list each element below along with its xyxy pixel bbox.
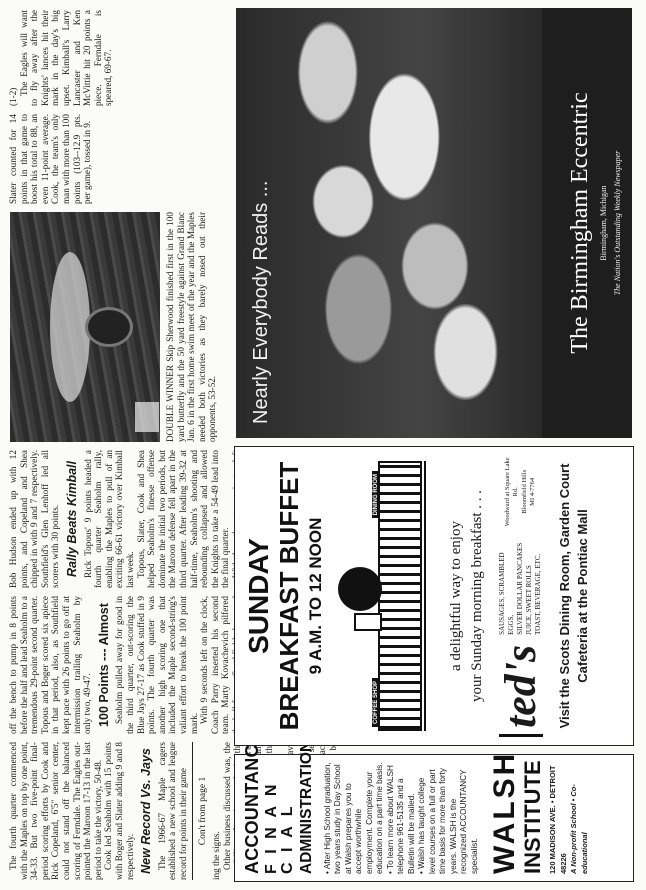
article-paragraph: The 1966-67 Maple cagers established a n… — [157, 742, 189, 880]
tree-icon — [338, 567, 382, 611]
article-paragraph: off the bench to pump in 8 points before… — [8, 596, 93, 734]
eccentric-city: Birmingham, Michigan — [599, 8, 608, 438]
teds-location: Woodward at Square Lake Rd. Bloomfield H… — [504, 455, 538, 529]
walsh-institute-ad: ACCOUNTANCY F I N A N C I A L ADMINISTRA… — [234, 754, 634, 882]
article-column-4: Slater counted for 14 points in that gam… — [8, 114, 93, 204]
article-paragraph: Seaholm pulled away for good in the thir… — [114, 596, 199, 734]
menu-line: SAUSAGES, SCRAMBLED EGGS, — [498, 539, 516, 635]
menu-line: TOAST, BEVERAGE, ETC. — [534, 539, 543, 635]
swimmer-arms — [50, 252, 90, 402]
divider — [192, 742, 193, 880]
article-paragraph: Topous, Slater, Cook and Shea helped Sea… — [136, 450, 231, 588]
signpost-icon — [354, 613, 382, 631]
photo-caption: DOUBLE WINNER Skip Sherwood finished fir… — [165, 212, 218, 442]
article-paragraph: Slater counted for 14 points in that gam… — [8, 114, 93, 204]
menu-items: SAUSAGES, SCRAMBLED EGGS, SILVER DOLLAR … — [498, 539, 543, 635]
ad-tagline-2: your Sunday morning breakfast . . . — [469, 455, 486, 737]
eccentric-slogan: The Nation's Outstanding Weekly Newspape… — [613, 8, 622, 438]
ad-tagline: A Non-profit School • Co-educational — [569, 762, 590, 874]
ad-name-institute: INSTITUTE — [522, 762, 544, 874]
teds-logo: ted's — [499, 645, 543, 737]
article-paragraph: ing the signs. — [211, 742, 222, 880]
coffee-shop-sign: COFFEE SHOP — [372, 678, 380, 727]
building-facade — [378, 461, 422, 731]
ad-headline-administration: ADMINISTRATION — [299, 762, 315, 874]
basketball-players-reading-photo — [236, 8, 542, 438]
section-heading-100-points: 100 Points --- Almost — [99, 596, 110, 734]
ad-headline-financial: F I N A N C I A L — [264, 762, 296, 874]
continued-label: Con't from page 1 — [198, 742, 209, 880]
article-paragraph: The fourth quarter commenced with the Ma… — [8, 742, 103, 880]
ad-headline-sunday: SUNDAY — [245, 455, 273, 737]
dining-room-sign: DINING ROOM — [372, 471, 380, 518]
ad-bullet: • Walsh has taught college level courses… — [417, 762, 480, 874]
phone-line: MI 4-7764 — [529, 455, 538, 529]
eccentric-masthead: The Birmingham Eccentric — [567, 8, 594, 438]
restaurant-illustration: COFFEE SHOP DINING ROOM — [334, 461, 434, 731]
birmingham-eccentric-ad: Nearly Everybody Reads ... The Birmingha… — [236, 8, 632, 438]
ad-headline-accountancy: ACCOUNTANCY — [243, 762, 261, 874]
teds-info-row: ted's SAUSAGES, SCRAMBLED EGGS, SILVER D… — [498, 455, 543, 737]
ad-bullet: • To learn more about WALSH telephone 96… — [386, 762, 418, 874]
ad-address: 120 MADISON AVE. • DETROIT 48226 — [548, 762, 569, 874]
ad-bullet: • After High School graduation, two year… — [323, 762, 386, 874]
ad-tagline-1: a delightful way to enjoy — [448, 455, 465, 737]
article-column-2: off the bench to pump in 8 points before… — [8, 596, 252, 734]
menu-line: SILVER DOLLAR PANCAKES — [516, 539, 525, 635]
article-paragraph: The Eagles will want to fly away after t… — [19, 10, 114, 106]
section-heading-new-record: New Record Vs. Jays — [141, 742, 152, 880]
article-column-3: Bob Hudson ended up with 12 points, and … — [8, 450, 252, 588]
swimmer-photo — [10, 212, 160, 442]
article-paragraph: Bob Hudson ended up with 12 points, and … — [8, 450, 61, 588]
ground-line — [424, 461, 434, 731]
teds-buffet-ad: SUNDAY BREAKFAST BUFFET 9 A.M. TO 12 NOO… — [234, 446, 634, 746]
newspaper-page: The fourth quarter commenced with the Ma… — [0, 0, 646, 890]
ad-headline-nearly-everybody: Nearly Everybody Reads ... — [250, 181, 273, 424]
article-column-5: (1-2) The Eagles will want to fly away a… — [8, 10, 114, 106]
ad-name-walsh: WALSH — [490, 762, 520, 874]
section-heading-rally: Rally Beats Kimball — [67, 450, 78, 588]
article-paragraph: (1-2) — [8, 10, 19, 106]
ad-visit-line-2: Cafeteria at the Pontiac Mall — [575, 455, 590, 737]
city-line: Bloomfield Hills — [521, 455, 530, 529]
swimmer-head — [85, 307, 133, 347]
ad-visit-line-1: Visit the Scots Dining Room, Garden Cour… — [557, 455, 572, 737]
lane-marker — [135, 402, 159, 432]
article-paragraph: Cook led Seaholm with 15 points with Bog… — [103, 742, 135, 880]
ad-hours: 9 A.M. TO 12 NOON — [307, 455, 324, 737]
address-line: Woodward at Square Lake Rd. — [504, 455, 521, 529]
article-paragraph: Rick Topous' 9 points headed a fourth qu… — [83, 450, 136, 588]
ad-headline-buffet: BREAKFAST BUFFET — [276, 455, 302, 737]
menu-line: JUICE, SWEET ROLLS — [525, 539, 534, 635]
